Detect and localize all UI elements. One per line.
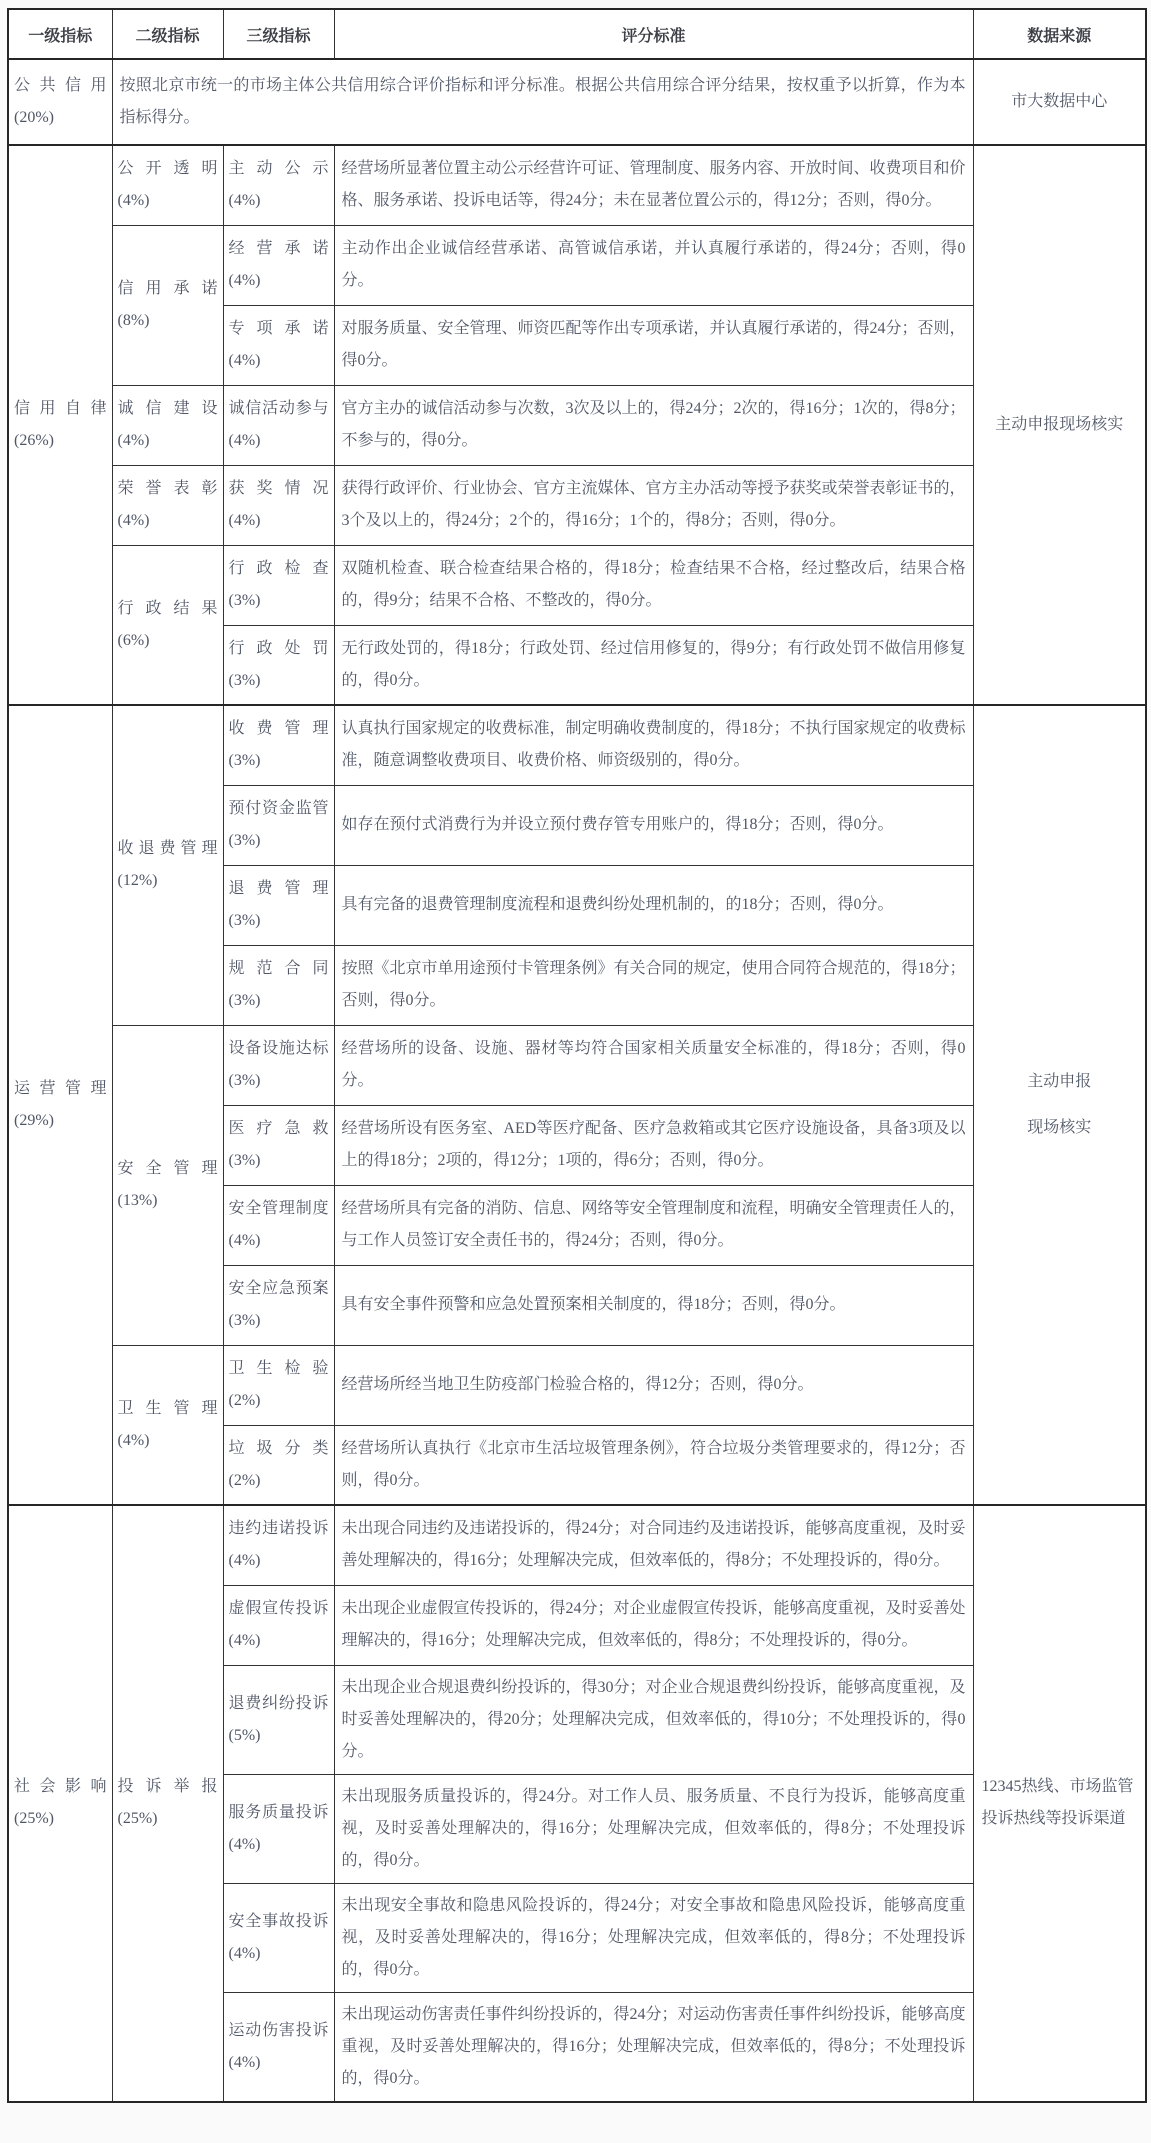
- level3-pct: (3%): [229, 985, 329, 1017]
- level3-cell: 规范合同 (3%): [223, 945, 334, 1025]
- level2-cell: 荣誉表彰 (4%): [112, 465, 223, 545]
- level2-name: 收退费管理: [118, 833, 218, 865]
- level3-name: 服务质量投诉: [229, 1797, 329, 1829]
- level3-name: 安全应急预案: [229, 1273, 329, 1305]
- level1-cell: 公共信用 (20%): [8, 59, 112, 145]
- criteria-cell: 认真执行国家规定的收费标准，制定明确收费制度的，得18分；不执行国家规定的收费标…: [334, 705, 973, 785]
- criteria-cell: 按照《北京市单用途预付卡管理条例》有关合同的规定，使用合同符合规范的，得18分；…: [334, 945, 973, 1025]
- level3-pct: (3%): [229, 825, 329, 857]
- level3-pct: (3%): [229, 1145, 329, 1177]
- level1-pct: (25%): [14, 1803, 107, 1835]
- level3-name: 运动伤害投诉: [229, 2015, 329, 2047]
- level2-cell: 卫生管理 (4%): [112, 1345, 223, 1505]
- level3-pct: (2%): [229, 1465, 329, 1497]
- level3-cell: 诚信活动参与 (4%): [223, 385, 334, 465]
- level3-pct: (3%): [229, 1305, 329, 1337]
- level3-name: 退费管理: [229, 873, 329, 905]
- criteria-cell: 经营场所经当地卫生防疫部门检验合格的，得12分；否则，得0分。: [334, 1345, 973, 1425]
- table-row: 社会影响 (25%) 投诉举报 (25%) 违约违诺投诉 (4%) 未出现合同违…: [8, 1505, 1146, 1585]
- criteria-cell: 无行政处罚的，得18分；行政处罚、经过信用修复的，得9分；有行政处罚不做信用修复…: [334, 625, 973, 705]
- level2-name: 安全管理: [118, 1153, 218, 1185]
- level3-pct: (2%): [229, 1385, 329, 1417]
- level2-pct: (4%): [118, 185, 218, 217]
- level2-name: 行政结果: [118, 593, 218, 625]
- level3-pct: (3%): [229, 1065, 329, 1097]
- level3-pct: (4%): [229, 2047, 329, 2079]
- criteria-cell: 经营场所具有完备的消防、信息、网络等安全管理制度和流程，明确安全管理责任人的，与…: [334, 1185, 973, 1265]
- level3-cell: 预付资金监管 (3%): [223, 785, 334, 865]
- level2-name: 荣誉表彰: [118, 473, 218, 505]
- level2-cell: 公开透明 (4%): [112, 145, 223, 225]
- level3-pct: (4%): [229, 505, 329, 537]
- level3-pct: (3%): [229, 665, 329, 697]
- level3-cell: 安全事故投诉 (4%): [223, 1883, 334, 1992]
- header-level2: 二级指标: [112, 9, 223, 59]
- criteria-cell: 如存在预付式消费行为并设立预付费存管专用账户的，得18分；否则，得0分。: [334, 785, 973, 865]
- level3-name: 规范合同: [229, 953, 329, 985]
- level2-cell: 收退费管理 (12%): [112, 705, 223, 1025]
- level3-name: 医疗急救: [229, 1113, 329, 1145]
- level3-name: 行政检查: [229, 553, 329, 585]
- table-row: 信用自律 (26%) 公开透明 (4%) 主动公示 (4%) 经营场所显著位置主…: [8, 145, 1146, 225]
- criteria-cell: 未出现运动伤害责任事件纠纷投诉的，得24分；对运动伤害责任事件纠纷投诉，能够高度…: [334, 1992, 973, 2102]
- level2-pct: (4%): [118, 1425, 218, 1457]
- level1-pct: (29%): [14, 1105, 107, 1137]
- table-row: 运营管理 (29%) 收退费管理 (12%) 收费管理 (3%) 认真执行国家规…: [8, 705, 1146, 785]
- header-level1: 一级指标: [8, 9, 112, 59]
- criteria-cell: 未出现服务质量投诉的，得24分。对工作人员、服务质量、不良行为投诉，能够高度重视…: [334, 1774, 973, 1883]
- level3-pct: (4%): [229, 1225, 329, 1257]
- level3-pct: (4%): [229, 1829, 329, 1861]
- level3-cell: 安全应急预案 (3%): [223, 1265, 334, 1345]
- level2-pct: (25%): [118, 1803, 218, 1835]
- criteria-cell: 具有完备的退费管理制度流程和退费纠纷处理机制的，的18分；否则，得0分。: [334, 865, 973, 945]
- criteria-cell: 具有安全事件预警和应急处置预案相关制度的，得18分；否则，得0分。: [334, 1265, 973, 1345]
- level3-name: 违约违诺投诉: [229, 1513, 329, 1545]
- level3-cell: 退费纠纷投诉 (5%): [223, 1665, 334, 1774]
- level3-name: 垃圾分类: [229, 1433, 329, 1465]
- level3-pct: (4%): [229, 425, 329, 457]
- level3-name: 经营承诺: [229, 233, 329, 265]
- level3-name: 预付资金监管: [229, 793, 329, 825]
- level3-name: 设备设施达标: [229, 1033, 329, 1065]
- level3-cell: 医疗急救 (3%): [223, 1105, 334, 1185]
- level1-cell: 运营管理 (29%): [8, 705, 112, 1505]
- level3-pct: (4%): [229, 1938, 329, 1970]
- source-cell: 市大数据中心: [973, 59, 1146, 145]
- level3-name: 诚信活动参与: [229, 393, 329, 425]
- evaluation-table: 一级指标 二级指标 三级指标 评分标准 数据来源 公共信用 (20%) 按照北京…: [7, 8, 1147, 2103]
- level3-pct: (4%): [229, 1545, 329, 1577]
- level3-cell: 垃圾分类 (2%): [223, 1425, 334, 1505]
- level3-pct: (3%): [229, 745, 329, 777]
- level3-name: 行政处罚: [229, 633, 329, 665]
- criteria-cell: 经营场所的设备、设施、器材等均符合国家相关质量安全标准的，得18分；否则，得0分…: [334, 1025, 973, 1105]
- level1-name: 运营管理: [14, 1073, 107, 1105]
- level3-name: 安全管理制度: [229, 1193, 329, 1225]
- criteria-cell: 未出现安全事故和隐患风险投诉的，得24分；对安全事故和隐患风险投诉，能够高度重视…: [334, 1883, 973, 1992]
- level3-cell: 卫生检验 (2%): [223, 1345, 334, 1425]
- level2-pct: (12%): [118, 865, 218, 897]
- table-row: 公共信用 (20%) 按照北京市统一的市场主体公共信用综合评价指标和评分标准。根…: [8, 59, 1146, 145]
- criteria-cell: 未出现企业虚假宣传投诉的，得24分；对企业虚假宣传投诉，能够高度重视，及时妥善处…: [334, 1585, 973, 1665]
- level2-cell: 诚信建设 (4%): [112, 385, 223, 465]
- level3-cell: 服务质量投诉 (4%): [223, 1774, 334, 1883]
- header-criteria: 评分标准: [334, 9, 973, 59]
- level2-pct: (8%): [118, 305, 218, 337]
- level3-pct: (5%): [229, 1720, 329, 1752]
- source-cell: 主动申报现场核实: [973, 145, 1146, 705]
- level3-name: 收费管理: [229, 713, 329, 745]
- level3-cell: 安全管理制度 (4%): [223, 1185, 334, 1265]
- level3-name: 安全事故投诉: [229, 1906, 329, 1938]
- level3-cell: 设备设施达标 (3%): [223, 1025, 334, 1105]
- document-page: 一级指标 二级指标 三级指标 评分标准 数据来源 公共信用 (20%) 按照北京…: [0, 8, 1151, 2143]
- level3-name: 获奖情况: [229, 473, 329, 505]
- criteria-cell: 对服务质量、安全管理、师资匹配等作出专项承诺，并认真履行承诺的，得24分；否则，…: [334, 305, 973, 385]
- level3-pct: (4%): [229, 345, 329, 377]
- level2-pct: (4%): [118, 425, 218, 457]
- source-cell: 12345热线、市场监管投诉热线等投诉渠道: [973, 1505, 1146, 2102]
- level2-name: 诚信建设: [118, 393, 218, 425]
- criteria-cell: 经营场所设有医务室、AED等医疗配备、医疗急救箱或其它医疗设施设备，具备3项及以…: [334, 1105, 973, 1185]
- criteria-cell: 按照北京市统一的市场主体公共信用综合评价指标和评分标准。根据公共信用综合评分结果…: [112, 59, 973, 145]
- source-cell: 主动申报 现场核实: [973, 705, 1146, 1505]
- level3-pct: (3%): [229, 585, 329, 617]
- level1-name: 公共信用: [14, 70, 107, 102]
- header-level3: 三级指标: [223, 9, 334, 59]
- level3-cell: 收费管理 (3%): [223, 705, 334, 785]
- level3-cell: 经营承诺 (4%): [223, 225, 334, 305]
- level3-cell: 行政处罚 (3%): [223, 625, 334, 705]
- level1-cell: 社会影响 (25%): [8, 1505, 112, 2102]
- level2-cell: 信用承诺 (8%): [112, 225, 223, 385]
- level3-pct: (4%): [229, 1625, 329, 1657]
- criteria-cell: 未出现企业合规退费纠纷投诉的，得30分；对企业合规退费纠纷投诉，能够高度重视，及…: [334, 1665, 973, 1774]
- level2-pct: (4%): [118, 505, 218, 537]
- level3-cell: 运动伤害投诉 (4%): [223, 1992, 334, 2102]
- level2-name: 投诉举报: [118, 1771, 218, 1803]
- level3-name: 主动公示: [229, 153, 329, 185]
- level1-pct: (20%): [14, 102, 107, 134]
- level3-pct: (3%): [229, 905, 329, 937]
- level3-cell: 行政检查 (3%): [223, 545, 334, 625]
- level3-name: 虚假宣传投诉: [229, 1593, 329, 1625]
- level3-cell: 违约违诺投诉 (4%): [223, 1505, 334, 1585]
- level2-pct: (6%): [118, 625, 218, 657]
- criteria-cell: 官方主办的诚信活动参与次数，3次及以上的，得24分；2次的，得16分；1次的，得…: [334, 385, 973, 465]
- level2-name: 信用承诺: [118, 273, 218, 305]
- level3-name: 卫生检验: [229, 1353, 329, 1385]
- level2-cell: 安全管理 (13%): [112, 1025, 223, 1345]
- criteria-cell: 未出现合同违约及违诺投诉的，得24分；对合同违约及违诺投诉，能够高度重视，及时妥…: [334, 1505, 973, 1585]
- level2-pct: (13%): [118, 1185, 218, 1217]
- level1-name: 社会影响: [14, 1771, 107, 1803]
- level2-name: 公开透明: [118, 153, 218, 185]
- level3-cell: 获奖情况 (4%): [223, 465, 334, 545]
- level3-cell: 虚假宣传投诉 (4%): [223, 1585, 334, 1665]
- header-row: 一级指标 二级指标 三级指标 评分标准 数据来源: [8, 9, 1146, 59]
- level3-pct: (4%): [229, 185, 329, 217]
- level3-pct: (4%): [229, 265, 329, 297]
- level2-cell: 投诉举报 (25%): [112, 1505, 223, 2102]
- criteria-cell: 双随机检查、联合检查结果合格的，得18分；检查结果不合格，经过整改后，结果合格的…: [334, 545, 973, 625]
- level3-cell: 退费管理 (3%): [223, 865, 334, 945]
- criteria-cell: 获得行政评价、行业协会、官方主流媒体、官方主办活动等授予获奖或荣誉表彰证书的，3…: [334, 465, 973, 545]
- level3-cell: 专项承诺 (4%): [223, 305, 334, 385]
- level2-cell: 行政结果 (6%): [112, 545, 223, 705]
- criteria-cell: 经营场所显著位置主动公示经营许可证、管理制度、服务内容、开放时间、收费项目和价格…: [334, 145, 973, 225]
- level1-name: 信用自律: [14, 393, 107, 425]
- level1-pct: (26%): [14, 425, 107, 457]
- criteria-cell: 经营场所认真执行《北京市生活垃圾管理条例》，符合垃圾分类管理要求的，得12分；否…: [334, 1425, 973, 1505]
- level3-cell: 主动公示 (4%): [223, 145, 334, 225]
- level2-name: 卫生管理: [118, 1393, 218, 1425]
- level3-name: 专项承诺: [229, 313, 329, 345]
- header-source: 数据来源: [973, 9, 1146, 59]
- level1-cell: 信用自律 (26%): [8, 145, 112, 705]
- criteria-cell: 主动作出企业诚信经营承诺、高管诚信承诺，并认真履行承诺的，得24分；否则，得0分…: [334, 225, 973, 305]
- level3-name: 退费纠纷投诉: [229, 1688, 329, 1720]
